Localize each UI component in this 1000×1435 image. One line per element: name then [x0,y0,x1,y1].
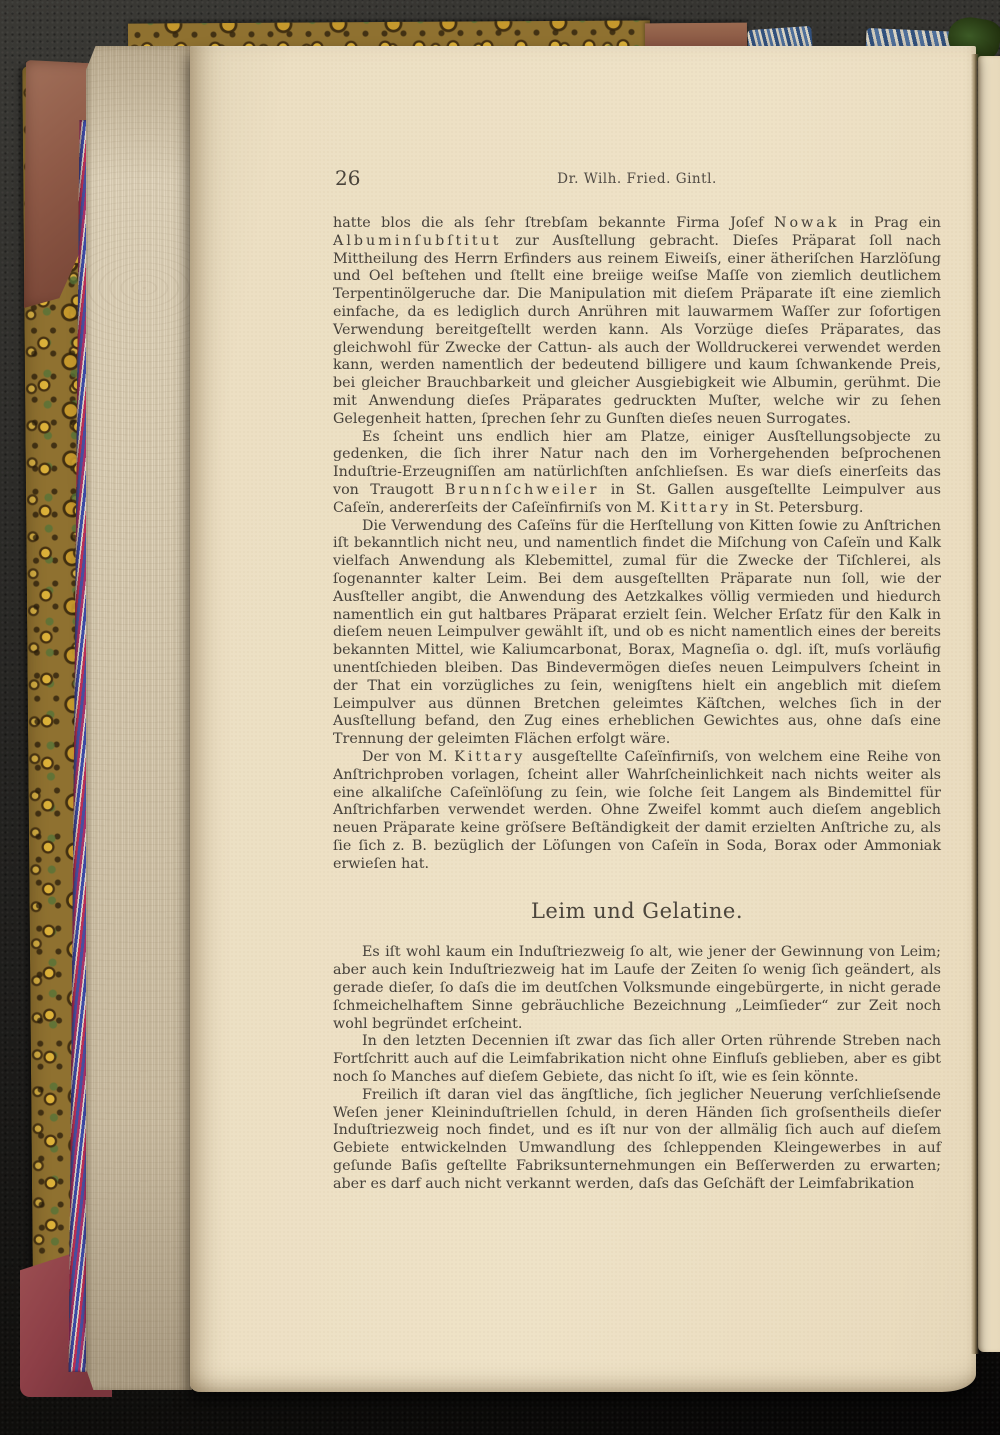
spaced-name: Albuminſubſtitut [333,233,502,249]
facing-page-edge [978,56,1000,1352]
gutter-fold [971,54,979,1354]
text-run: in Prag ein [839,215,941,231]
spaced-name: Brunnſchweiler [445,482,600,498]
spaced-name: Nowak [774,215,840,231]
text-run: zur Ausſtellung gebracht. Dieſes Präpara… [333,233,941,427]
body-paragraph: hatte blos die als ſehr ſtrebſam bekannt… [333,215,941,429]
text-block: 26 Dr. Wilh. Fried. Gintl. hatte blos di… [333,166,941,1194]
text-run: Die Verwendung des Caſeïns für die Herſt… [333,518,941,748]
body-paragraphs-after-heading: Es iſt wohl kaum ein Induſtriezweig ſo a… [333,944,941,1193]
text-run: hatte blos die als ſehr ſtrebſam bekannt… [333,215,774,231]
body-paragraph: Freilich iſt daran viel das ängſtliche, … [333,1087,941,1194]
text-run: Freilich iſt daran viel das ängſtliche, … [333,1087,941,1192]
running-title: Dr. Wilh. Fried. Gintl. [333,166,941,187]
page-header: 26 Dr. Wilh. Fried. Gintl. [333,166,941,193]
text-run: Es iſt wohl kaum ein Induſtriezweig ſo a… [333,944,941,1031]
body-paragraph: Es iſt wohl kaum ein Induſtriezweig ſo a… [333,944,941,1033]
page-stack-fore-edge [86,46,192,1390]
section-heading: Leim und Gelatine. [333,899,941,923]
spaced-name: Kittary [454,749,525,765]
page-number: 26 [335,166,360,190]
body-paragraph: Die Verwendung des Caſeïns für die Herſt… [333,518,941,749]
body-paragraph: Es ſcheint uns endlich hier am Platze, e… [333,429,941,518]
text-run: Der von M. [362,749,454,765]
text-run: ausgeſtellte Caſeïnfirniſs, von welchem … [333,749,941,872]
body-paragraph: Der von M. Kittary ausgeſtellte Caſeïnfi… [333,749,941,874]
scanned-book-page: 26 Dr. Wilh. Fried. Gintl. hatte blos di… [0,0,1000,1435]
body-paragraphs-before-heading: hatte blos die als ſehr ſtrebſam bekannt… [333,215,941,873]
book-page: 26 Dr. Wilh. Fried. Gintl. hatte blos di… [190,46,976,1392]
text-run: In den letzten Decennien iſt zwar das ſi… [333,1033,941,1085]
spaced-name: Kittary [660,500,731,516]
text-run: in St. Petersburg. [731,500,863,516]
body-paragraph: In den letzten Decennien iſt zwar das ſi… [333,1033,941,1086]
